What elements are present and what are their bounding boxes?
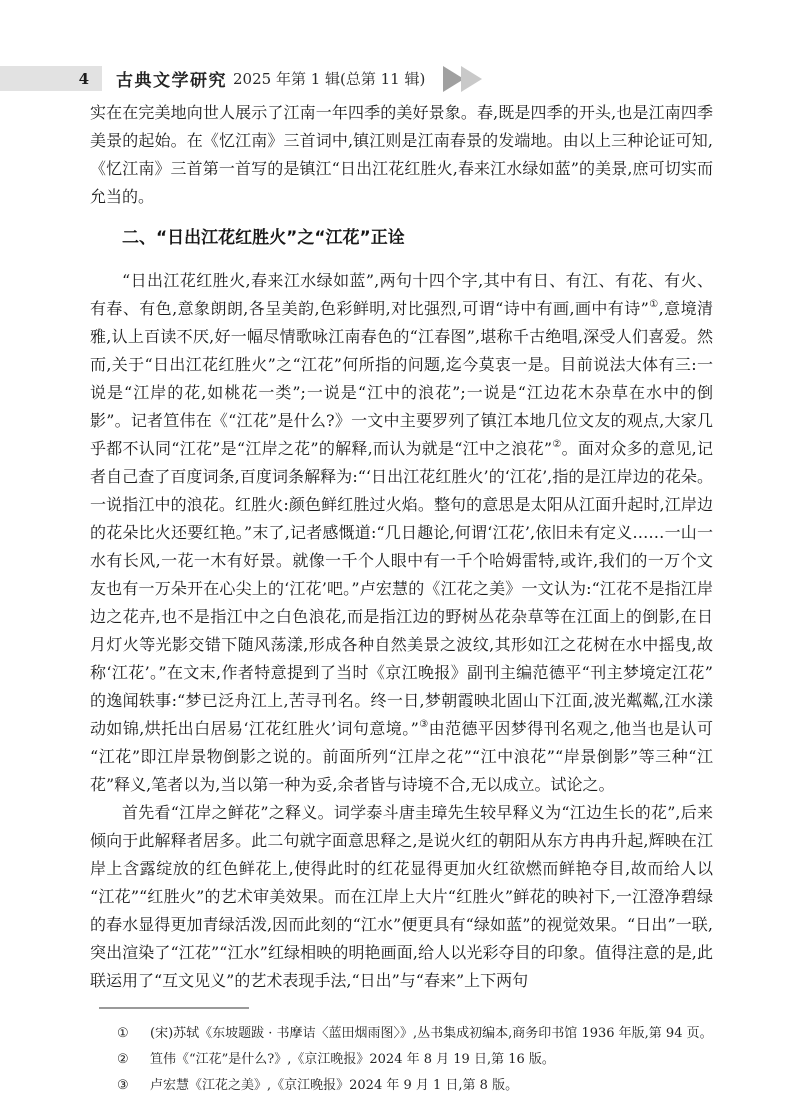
- footnote-ref[interactable]: ③: [419, 719, 429, 730]
- paragraph: 首先看“江岸之鲜花”之释义。词学泰斗唐圭璋先生较早释义为“江边生长的花”,后来倾…: [90, 799, 713, 995]
- text-run: 。面对众多的意见,记者自己查了百度词条,百度词条解释为:“‘日出江花红胜火’的‘…: [90, 439, 713, 738]
- footnote-marker: ①: [117, 1021, 150, 1047]
- footnote-marker: ③: [117, 1073, 150, 1099]
- footnote-separator: [99, 1007, 249, 1009]
- text-run: 实在在完美地向世人展示了江南一年四季的美好景象。春,既是四季的开头,也是江南四季…: [90, 103, 713, 206]
- paragraph: 实在在完美地向世人展示了江南一年四季的美好景象。春,既是四季的开头,也是江南四季…: [90, 99, 713, 211]
- article-body: 实在在完美地向世人展示了江南一年四季的美好景象。春,既是四季的开头,也是江南四季…: [90, 99, 713, 995]
- footnote-marker: ②: [117, 1047, 150, 1073]
- footnote-item: ②笪伟《“江花”是什么?》,《京江晚报》2024 年 8 月 19 日,第 16…: [99, 1047, 713, 1073]
- footnote-list: ①(宋)苏轼《东坡题跋 · 书摩诘〈蓝田烟雨图〉》,丛书集成初编本,商务印书馆 …: [99, 1021, 713, 1099]
- text-run: ,意境清雅,认上百读不厌,好一幅尽情歌咏江南春色的“江春图”,堪称千古绝唱,深受…: [90, 299, 713, 458]
- footnote-item: ①(宋)苏轼《东坡题跋 · 书摩诘〈蓝田烟雨图〉》,丛书集成初编本,商务印书馆 …: [99, 1021, 713, 1047]
- paragraph: “日出江花红胜火,春来江水绿如蓝”,两句十四个字,其中有日、有江、有花、有火、有…: [90, 267, 713, 799]
- footnote-ref[interactable]: ①: [649, 299, 659, 310]
- page-number-box: 4: [0, 66, 102, 91]
- footnote-text: 笪伟《“江花”是什么?》,《京江晚报》2024 年 8 月 19 日,第 16 …: [150, 1047, 713, 1073]
- page-header: 4 古典文学研究 2025 年第 1 辑(总第 11 辑): [0, 66, 799, 91]
- journal-page: 4 古典文学研究 2025 年第 1 辑(总第 11 辑) 实在在完美地向世人展…: [0, 0, 799, 1114]
- journal-title: 古典文学研究: [116, 66, 227, 91]
- footnote-ref[interactable]: ②: [552, 439, 561, 450]
- section-heading: 二、“日出江花红胜火”之“江花”正诠: [122, 225, 713, 251]
- double-chevron-right-icon: [441, 65, 489, 93]
- footnote-item: ③卢宏慧《江花之美》,《京江晚报》2024 年 9 月 1 日,第 8 版。: [99, 1073, 713, 1099]
- page-number: 4: [79, 70, 89, 88]
- text-run: “日出江花红胜火,春来江水绿如蓝”,两句十四个字,其中有日、有江、有花、有火、有…: [90, 271, 713, 318]
- text-run: 首先看“江岸之鲜花”之释义。词学泰斗唐圭璋先生较早释义为“江边生长的花”,后来倾…: [90, 803, 713, 990]
- footnote-text: (宋)苏轼《东坡题跋 · 书摩诘〈蓝田烟雨图〉》,丛书集成初编本,商务印书馆 1…: [150, 1021, 713, 1047]
- issue-info: 2025 年第 1 辑(总第 11 辑): [233, 68, 425, 89]
- footnotes-section: ①(宋)苏轼《东坡题跋 · 书摩诘〈蓝田烟雨图〉》,丛书集成初编本,商务印书馆 …: [99, 1007, 713, 1099]
- footnote-text: 卢宏慧《江花之美》,《京江晚报》2024 年 9 月 1 日,第 8 版。: [150, 1073, 713, 1099]
